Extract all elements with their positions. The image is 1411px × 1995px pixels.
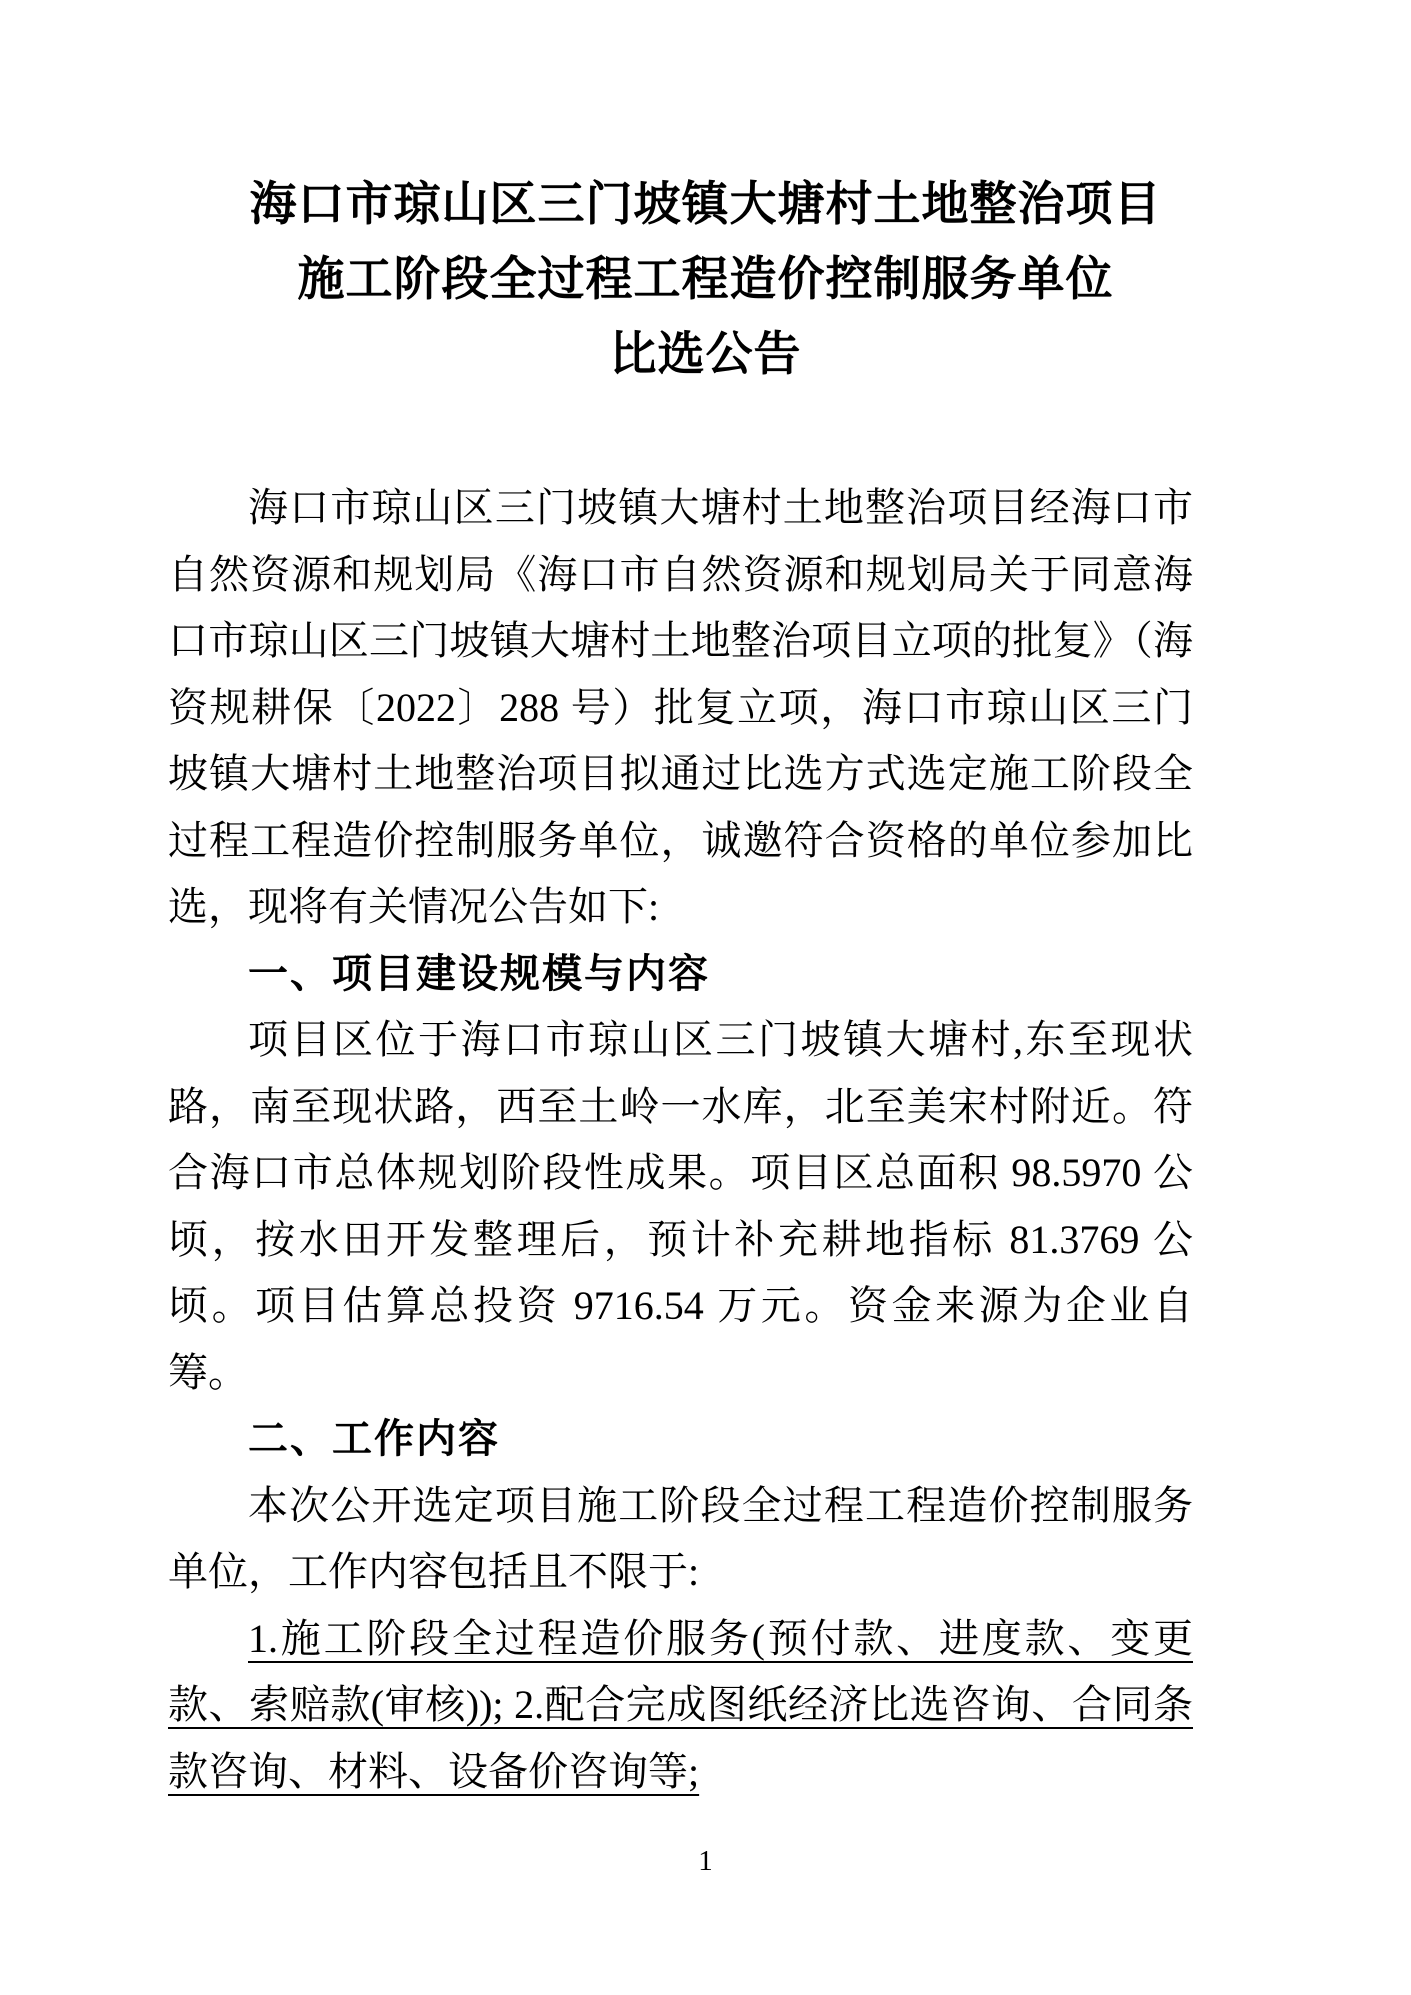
paragraph-project-scope: 项目区位于海口市琼山区三门坡镇大塘村,东至现状路，南至现状路，西至土岭一水库，北… (168, 1007, 1193, 1406)
section-heading-2: 二、工作内容 (168, 1406, 1193, 1473)
paragraph-work-content-list: 1.施工阶段全过程造价服务(预付款、进度款、变更款、索赔款(审核)); 2.配合… (168, 1606, 1193, 1806)
title-line-2: 施工阶段全过程工程造价控制服务单位 (0, 243, 1411, 318)
title-line-3: 比选公告 (0, 318, 1411, 393)
document-title: 海口市琼山区三门坡镇大塘村土地整治项目 施工阶段全过程工程造价控制服务单位 比选… (0, 0, 1411, 393)
document-body: 海口市琼山区三门坡镇大塘村土地整治项目经海口市自然资源和规划局《海口市自然资源和… (168, 475, 1193, 1805)
page-number: 1 (0, 1845, 1411, 1878)
paragraph-intro: 海口市琼山区三门坡镇大塘村土地整治项目经海口市自然资源和规划局《海口市自然资源和… (168, 475, 1193, 941)
paragraph-work-content-intro: 本次公开选定项目施工阶段全过程工程造价控制服务单位，工作内容包括且不限于: (168, 1473, 1193, 1606)
document-page: 海口市琼山区三门坡镇大塘村土地整治项目 施工阶段全过程工程造价控制服务单位 比选… (0, 0, 1411, 1995)
section-heading-1: 一、项目建设规模与内容 (168, 941, 1193, 1008)
title-line-1: 海口市琼山区三门坡镇大塘村土地整治项目 (0, 168, 1411, 243)
